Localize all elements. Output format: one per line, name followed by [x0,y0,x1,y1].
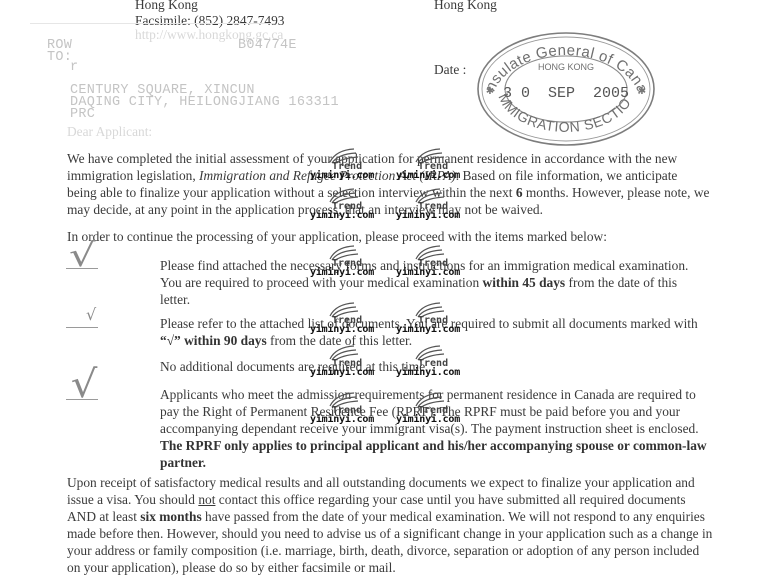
address-line-3: PRC [70,109,95,122]
intro-paragraph: We have completed the initial assessment… [67,150,707,218]
file-number: B04774E [238,40,297,53]
intro-line: may decide, at any point in the applicat… [67,201,707,218]
intro-line: We have completed the initial assessment… [67,150,707,167]
check-mark-icon: √ [86,305,96,324]
item-rprf: Applicants who meet the admission requir… [160,386,707,471]
header-divider [30,23,275,24]
check-underline [66,268,98,269]
instruction: In order to continue the processing of y… [67,228,707,245]
consulate-stamp: Consulate General of Canada HONG KONG 3 … [476,30,656,148]
item-documents: Please refer to the attached list of doc… [160,315,698,349]
item-medical: Please find attached the necessary forms… [160,257,688,308]
act-name: Immigration and Refugee Protection Act (… [199,168,456,183]
stamp-star-left-icon: ✱ [486,86,494,97]
stamp-sub: HONG KONG [538,62,594,72]
address-mark: r [70,62,78,75]
date-label: Date : [434,61,466,78]
stamp-star-right-icon: ✱ [638,86,646,97]
check-underline [66,399,98,400]
salutation: Dear Applicant: [67,123,152,140]
header-right-city: Hong Kong [434,0,497,13]
intro-line: immigration legislation, Immigration and… [67,167,707,184]
address-line-2: DAQING CITY, HEILONGJIANG 163311 [70,97,339,110]
to-label: TO: [47,52,72,65]
intro-line: being able to finalize your application … [67,184,707,201]
stamp-date: 3 0 SEP 2005 [503,85,629,102]
closing-paragraph: Upon receipt of satisfactory medical res… [67,474,707,576]
item-no-documents: No additional documents are required at … [160,358,428,375]
check-underline [66,327,98,328]
